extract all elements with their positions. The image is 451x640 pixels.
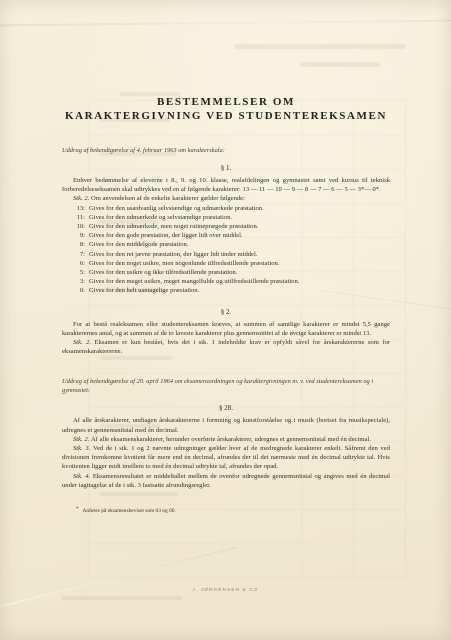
section-28-stk-3: Stk. 3.Ved de i stk. 1 og 2 nævnte udreg… bbox=[62, 444, 390, 472]
footnote-marker: * bbox=[76, 507, 79, 512]
grade-row: 11Gives for den udmærkede og selvstændig… bbox=[72, 213, 390, 222]
grade-row: 0Gives for den helt uantagelige præstati… bbox=[72, 286, 390, 295]
grade-value: 0 bbox=[72, 286, 85, 295]
grade-value: 11 bbox=[72, 213, 85, 222]
grade-description: Gives for den udmærkede og selvstændige … bbox=[89, 213, 232, 222]
grade-value: 13 bbox=[72, 204, 85, 213]
extract-1963-intro: Uddrag af bekendtgørelse af 4. februar 1… bbox=[62, 146, 390, 155]
section-2-heading: § 2. bbox=[62, 308, 390, 317]
section-1-heading: § 1. bbox=[62, 164, 390, 173]
stk-2-lead: Stk. 2. bbox=[73, 436, 91, 443]
grade-row: 5Gives for den usikre og ikke tilfredsst… bbox=[72, 268, 390, 277]
title-line-2: KARAKTERGIVNING VED STUDENTEREKSAMEN bbox=[62, 110, 390, 124]
grade-value: 8 bbox=[72, 240, 85, 249]
grade-description: Gives for den udmærkede, men noget rutin… bbox=[89, 222, 258, 231]
grade-description: Gives for den middelgode præstation. bbox=[89, 240, 188, 249]
grade-description: Gives for den meget usikre, meget mangel… bbox=[89, 277, 299, 286]
grade-row: 6Gives for den noget usikre, men nogenlu… bbox=[72, 259, 390, 268]
grade-value: 3 bbox=[72, 277, 85, 286]
section-28-heading: § 28. bbox=[62, 404, 390, 413]
grade-row: 9Gives for den gode præstation, der ligg… bbox=[72, 231, 390, 240]
stk-2-text: Eksamen er kun bestået, hvis det i stk. … bbox=[62, 339, 390, 355]
grade-description: Gives for den noget usikre, men nogenlun… bbox=[89, 259, 279, 268]
grade-description: Gives for den ret jævne præstation, der … bbox=[89, 250, 257, 259]
footnote-text: Anføres på eksamensbeviset som 03 og 00. bbox=[83, 508, 176, 514]
stk-2-lead: Stk. 2. bbox=[73, 195, 91, 202]
grade-value: 9 bbox=[72, 231, 85, 240]
grade-description: Gives for den gode præstation, der ligge… bbox=[89, 231, 243, 240]
grade-description: Gives for den usædvanlig selvstændige og… bbox=[89, 204, 264, 213]
footnote: *Anføres på eksamensbeviset som 03 og 00… bbox=[76, 506, 390, 515]
grade-value: 10 bbox=[72, 222, 85, 231]
section-28-stk-2: Stk. 2.Af alle eksamenskarakterer, herun… bbox=[62, 435, 390, 444]
stk-2-lead: Stk. 2. bbox=[73, 339, 95, 346]
title-line-1: BESTEMMELSER OM bbox=[62, 96, 390, 110]
stk-2-text: Om anvendelsen af de enkelte karakterer … bbox=[91, 195, 245, 202]
stk-2-text: Af alle eksamenskarakterer, herunder ove… bbox=[91, 436, 371, 443]
document-body: BESTEMMELSER OM KARAKTERGIVNING VED STUD… bbox=[0, 0, 451, 515]
section-2-paragraph-1: For at bestå realeksamen eller studenter… bbox=[62, 320, 390, 338]
stk-3-text: Ved de i stk. 1 og 2 nævnte udregninger … bbox=[62, 445, 390, 470]
grade-description: Gives for den helt uantagelige præstatio… bbox=[89, 286, 199, 295]
grade-row: 10Gives for den udmærkede, men noget rut… bbox=[72, 222, 390, 231]
grade-row: 13Gives for den usædvanlig selvstændige … bbox=[72, 204, 390, 213]
section-1-paragraph-1: Enhver bedømmelse af eleverne i 8., 9. o… bbox=[62, 176, 390, 194]
extract-1964-intro: Uddrag af bekendtgørelse af 20. april 19… bbox=[62, 377, 390, 395]
printer-imprint: J. JØRGENSEN & CO bbox=[0, 587, 451, 592]
section-28-stk-4: Stk. 4.Eksamensresultatet er middeltalle… bbox=[62, 472, 390, 490]
grade-row: 3Gives for den meget usikre, meget mange… bbox=[72, 277, 390, 286]
grade-row: 8Gives for den middelgode præstation. bbox=[72, 240, 390, 249]
section-1-stk-2: Stk. 2.Om anvendelsen af de enkelte kara… bbox=[62, 194, 390, 203]
section-28-paragraph-1: Af alle årskarakterer, undtagen årskarak… bbox=[62, 416, 390, 434]
grade-value: 6 bbox=[72, 259, 85, 268]
grade-description: Gives for den usikre og ikke tilfredssti… bbox=[89, 268, 237, 277]
grade-scale-list: 13Gives for den usædvanlig selvstændige … bbox=[72, 204, 390, 296]
stk-4-lead: Stk. 4. bbox=[73, 473, 93, 480]
section-2-stk-2: Stk. 2.Eksamen er kun bestået, hvis det … bbox=[62, 338, 390, 356]
grade-value: 7 bbox=[72, 250, 85, 259]
stk-4-text: Eksamensresultatet er middeltallet melle… bbox=[62, 473, 390, 489]
document-title: BESTEMMELSER OM KARAKTERGIVNING VED STUD… bbox=[62, 96, 390, 123]
grade-value: 5 bbox=[72, 268, 85, 277]
stk-3-lead: Stk. 3. bbox=[73, 445, 93, 452]
paper-crease bbox=[0, 547, 236, 612]
grade-row: 7Gives for den ret jævne præstation, der… bbox=[72, 250, 390, 259]
document-page: BESTEMMELSER OM KARAKTERGIVNING VED STUD… bbox=[0, 0, 451, 640]
